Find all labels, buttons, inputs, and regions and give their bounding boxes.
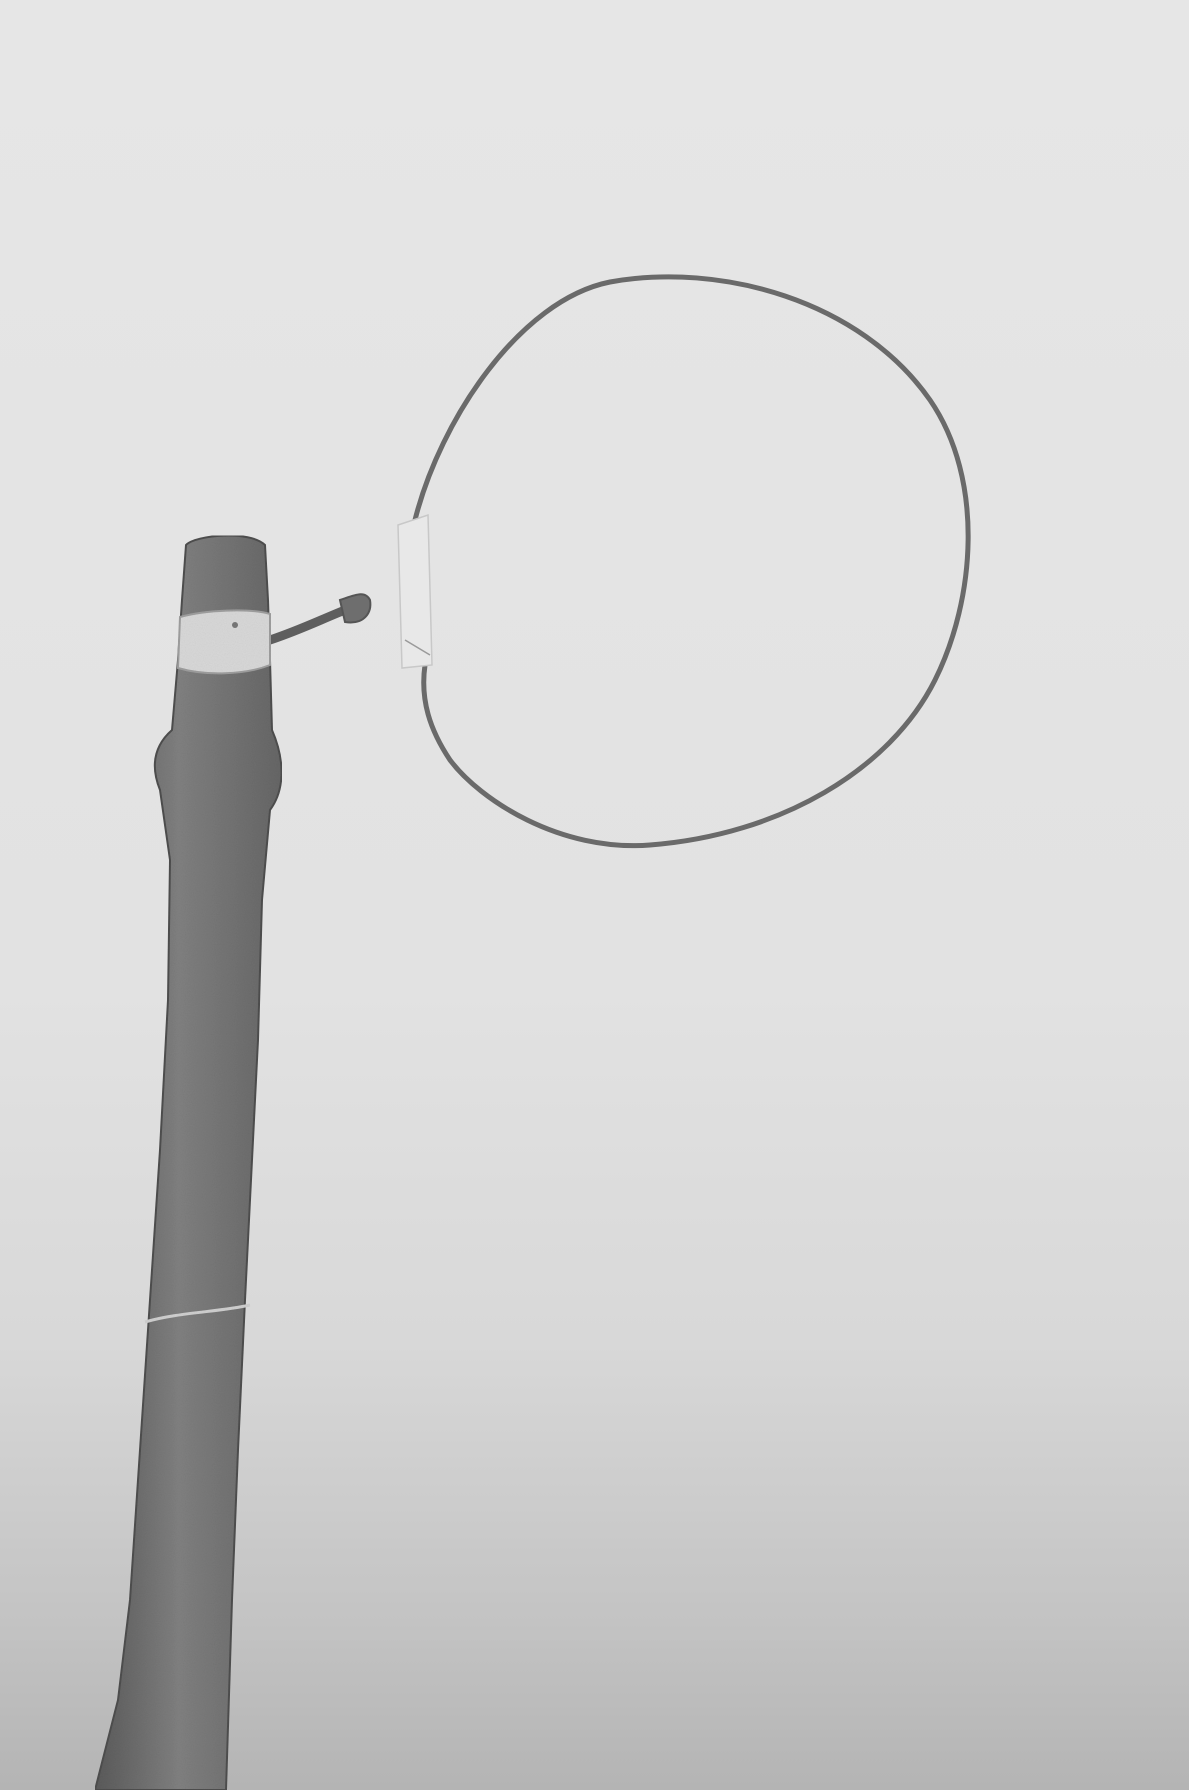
connector-cable — [270, 594, 370, 640]
photo — [0, 0, 1189, 1790]
photo-scene — [0, 0, 1189, 1790]
branch — [95, 536, 282, 1790]
wire-loop — [398, 277, 968, 846]
